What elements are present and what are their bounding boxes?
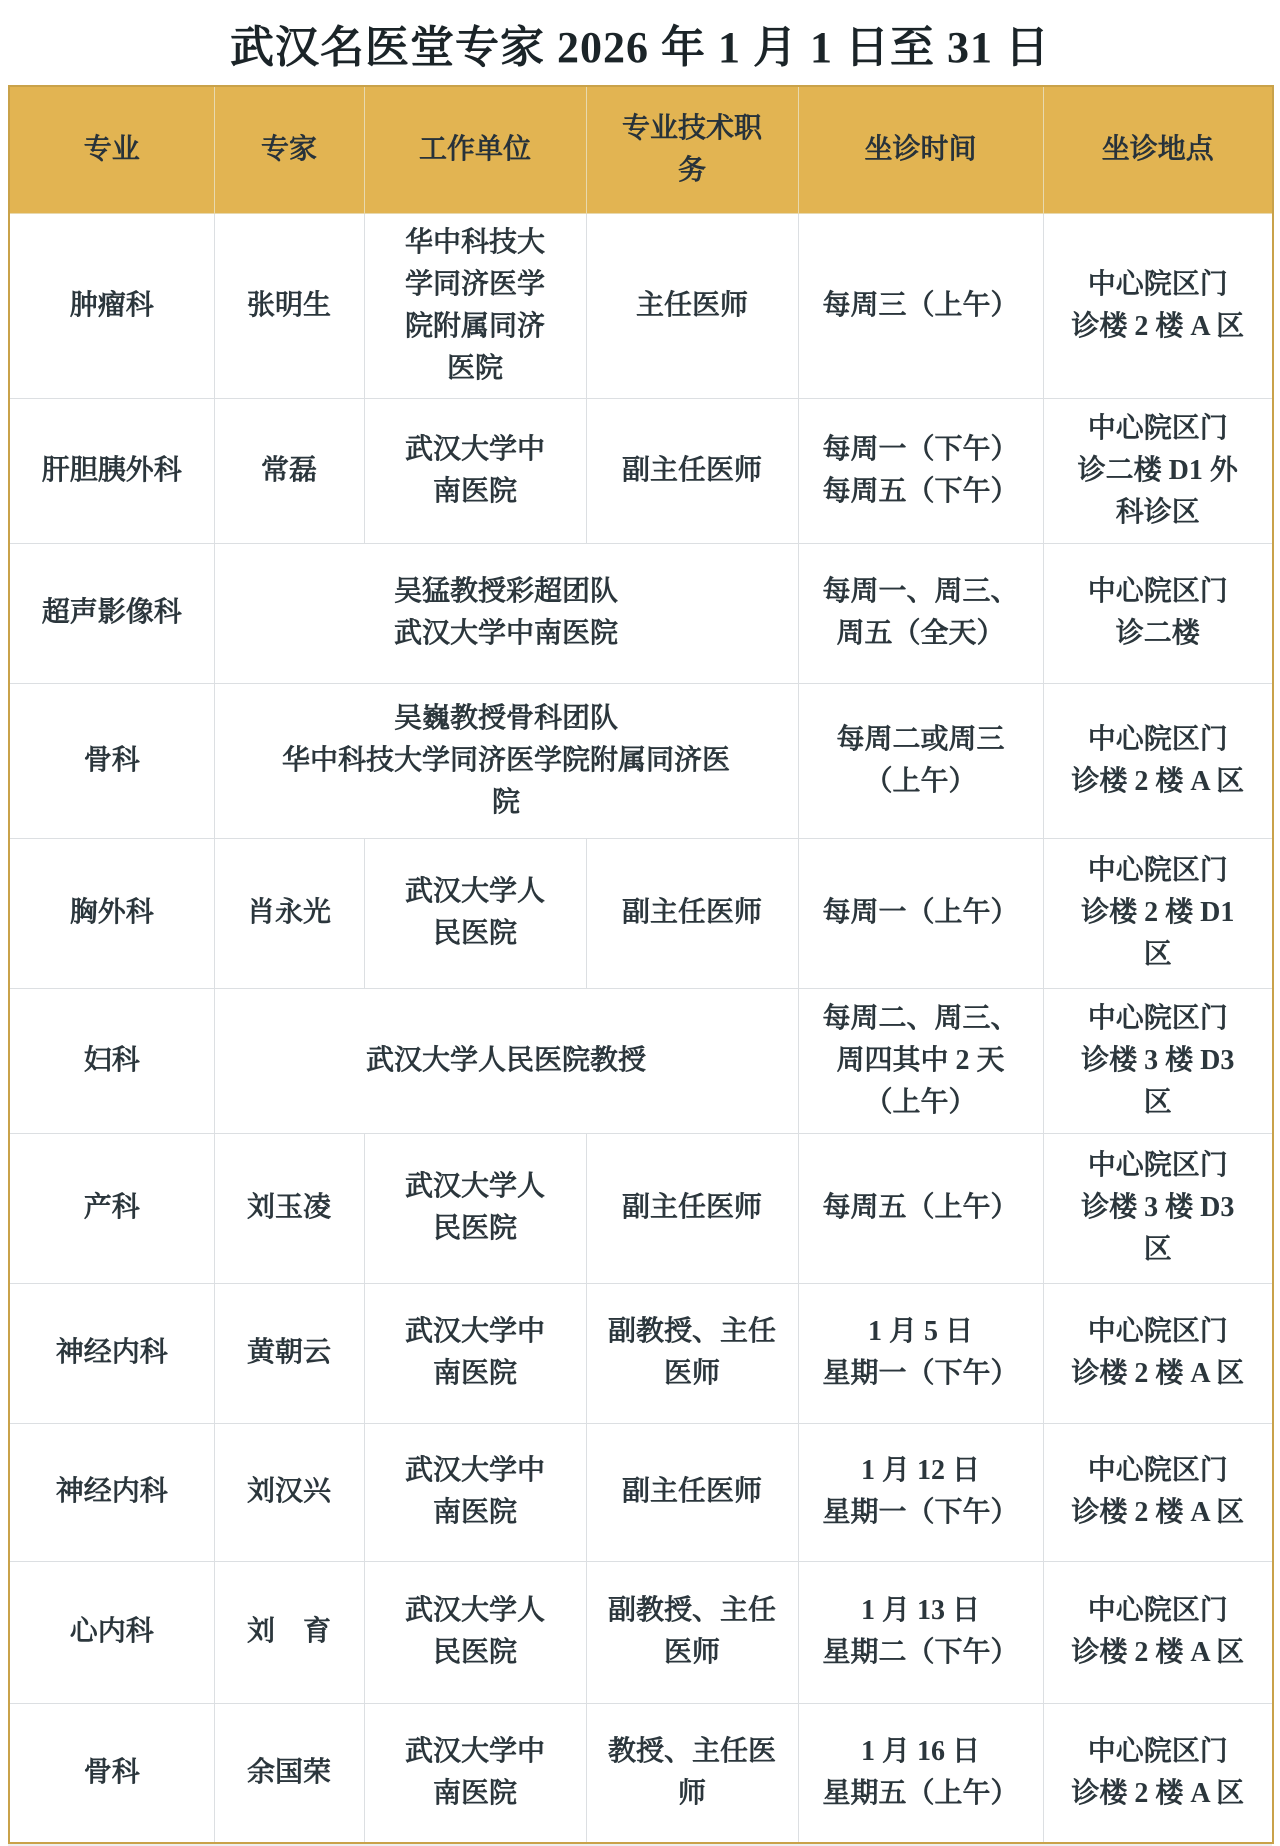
cell-specialty: 心内科 (9, 1561, 214, 1703)
header-row: 专业 专家 工作单位 专业技术职务 坐诊时间 坐诊地点 (9, 86, 1273, 213)
cell-work-unit: 武汉大学人民医院 (364, 1133, 586, 1283)
cell-job-title: 副主任医师 (586, 838, 798, 988)
cell-clinic-time: 每周三（上午） (798, 213, 1043, 398)
cell-clinic-location: 中心院区门诊二楼 (1043, 543, 1273, 683)
cell-job-title: 副主任医师 (586, 398, 798, 543)
table-row: 肿瘤科 张明生 华中科技大学同济医学院附属同济医院 主任医师 每周三（上午） 中… (9, 213, 1273, 398)
table-row: 胸外科 肖永光 武汉大学人民医院 副主任医师 每周一（上午） 中心院区门诊楼 2… (9, 838, 1273, 988)
cell-expert: 刘玉凌 (214, 1133, 364, 1283)
table-row: 心内科 刘 育 武汉大学人民医院 副教授、主任医师 1 月 13 日星期二（下午… (9, 1561, 1273, 1703)
table-row: 神经内科 黄朝云 武汉大学中南医院 副教授、主任医师 1 月 5 日星期一（下午… (9, 1283, 1273, 1423)
cell-clinic-location: 中心院区门诊楼 3 楼 D3区 (1043, 1133, 1273, 1283)
experts-schedule-table: 专业 专家 工作单位 专业技术职务 坐诊时间 坐诊地点 肿瘤科 张明生 华中科技… (8, 85, 1274, 1844)
cell-specialty: 骨科 (9, 683, 214, 838)
col-header-job-title: 专业技术职务 (586, 86, 798, 213)
col-header-clinic-location: 坐诊地点 (1043, 86, 1273, 213)
cell-clinic-time: 每周一、周三、周五（全天） (798, 543, 1043, 683)
cell-specialty: 超声影像科 (9, 543, 214, 683)
table-row: 产科 刘玉凌 武汉大学人民医院 副主任医师 每周五（上午） 中心院区门诊楼 3 … (9, 1133, 1273, 1283)
cell-expert-team: 武汉大学人民医院教授 (214, 988, 798, 1133)
cell-specialty: 妇科 (9, 988, 214, 1133)
col-header-clinic-time: 坐诊时间 (798, 86, 1043, 213)
cell-expert: 常磊 (214, 398, 364, 543)
cell-work-unit: 华中科技大学同济医学院附属同济医院 (364, 213, 586, 398)
cell-clinic-location: 中心院区门诊楼 2 楼 A 区 (1043, 1283, 1273, 1423)
cell-specialty: 肝胆胰外科 (9, 398, 214, 543)
cell-clinic-time: 1 月 13 日星期二（下午） (798, 1561, 1043, 1703)
col-header-specialty: 专业 (9, 86, 214, 213)
cell-specialty: 胸外科 (9, 838, 214, 988)
cell-expert: 刘 育 (214, 1561, 364, 1703)
cell-specialty: 神经内科 (9, 1283, 214, 1423)
cell-clinic-location: 中心院区门诊楼 2 楼 A 区 (1043, 213, 1273, 398)
cell-clinic-location: 中心院区门诊楼 3 楼 D3区 (1043, 988, 1273, 1133)
cell-job-title: 副教授、主任医师 (586, 1283, 798, 1423)
cell-expert-team: 吴巍教授骨科团队华中科技大学同济医学院附属同济医院 (214, 683, 798, 838)
cell-work-unit: 武汉大学中南医院 (364, 398, 586, 543)
cell-work-unit: 武汉大学人民医院 (364, 1561, 586, 1703)
cell-clinic-time: 1 月 5 日星期一（下午） (798, 1283, 1043, 1423)
cell-expert-team: 吴猛教授彩超团队武汉大学中南医院 (214, 543, 798, 683)
cell-job-title: 主任医师 (586, 213, 798, 398)
col-header-work-unit: 工作单位 (364, 86, 586, 213)
table-row: 妇科 武汉大学人民医院教授 每周二、周三、周四其中 2 天（上午） 中心院区门诊… (9, 988, 1273, 1133)
cell-specialty: 肿瘤科 (9, 213, 214, 398)
cell-specialty: 产科 (9, 1133, 214, 1283)
cell-expert: 张明生 (214, 213, 364, 398)
cell-expert: 刘汉兴 (214, 1423, 364, 1561)
cell-clinic-location: 中心院区门诊楼 2 楼 A 区 (1043, 683, 1273, 838)
cell-clinic-time: 每周一（上午） (798, 838, 1043, 988)
page-title: 武汉名医堂专家 2026 年 1 月 1 日至 31 日 (0, 0, 1280, 85)
table-row: 肝胆胰外科 常磊 武汉大学中南医院 副主任医师 每周一（下午）每周五（下午） 中… (9, 398, 1273, 543)
cell-clinic-time: 1 月 12 日星期一（下午） (798, 1423, 1043, 1561)
cell-expert: 肖永光 (214, 838, 364, 988)
cell-expert: 黄朝云 (214, 1283, 364, 1423)
cell-clinic-time: 每周一（下午）每周五（下午） (798, 398, 1043, 543)
cell-clinic-time: 1 月 16 日星期五（上午） (798, 1703, 1043, 1843)
cell-work-unit: 武汉大学中南医院 (364, 1423, 586, 1561)
cell-job-title: 副主任医师 (586, 1133, 798, 1283)
cell-clinic-location: 中心院区门诊楼 2 楼 A 区 (1043, 1423, 1273, 1561)
table-row: 神经内科 刘汉兴 武汉大学中南医院 副主任医师 1 月 12 日星期一（下午） … (9, 1423, 1273, 1561)
cell-job-title: 副主任医师 (586, 1423, 798, 1561)
table-row: 骨科 余国荣 武汉大学中南医院 教授、主任医师 1 月 16 日星期五（上午） … (9, 1703, 1273, 1843)
cell-clinic-location: 中心院区门诊二楼 D1 外科诊区 (1043, 398, 1273, 543)
cell-specialty: 骨科 (9, 1703, 214, 1843)
cell-clinic-location: 中心院区门诊楼 2 楼 A 区 (1043, 1561, 1273, 1703)
table-row: 超声影像科 吴猛教授彩超团队武汉大学中南医院 每周一、周三、周五（全天） 中心院… (9, 543, 1273, 683)
cell-clinic-time: 每周二或周三（上午） (798, 683, 1043, 838)
cell-job-title: 教授、主任医师 (586, 1703, 798, 1843)
cell-expert: 余国荣 (214, 1703, 364, 1843)
table-row: 骨科 吴巍教授骨科团队华中科技大学同济医学院附属同济医院 每周二或周三（上午） … (9, 683, 1273, 838)
col-header-expert: 专家 (214, 86, 364, 213)
cell-work-unit: 武汉大学中南医院 (364, 1703, 586, 1843)
cell-clinic-time: 每周二、周三、周四其中 2 天（上午） (798, 988, 1043, 1133)
cell-job-title: 副教授、主任医师 (586, 1561, 798, 1703)
cell-clinic-time: 每周五（上午） (798, 1133, 1043, 1283)
cell-work-unit: 武汉大学人民医院 (364, 838, 586, 988)
cell-clinic-location: 中心院区门诊楼 2 楼 D1区 (1043, 838, 1273, 988)
cell-specialty: 神经内科 (9, 1423, 214, 1561)
cell-work-unit: 武汉大学中南医院 (364, 1283, 586, 1423)
cell-clinic-location: 中心院区门诊楼 2 楼 A 区 (1043, 1703, 1273, 1843)
